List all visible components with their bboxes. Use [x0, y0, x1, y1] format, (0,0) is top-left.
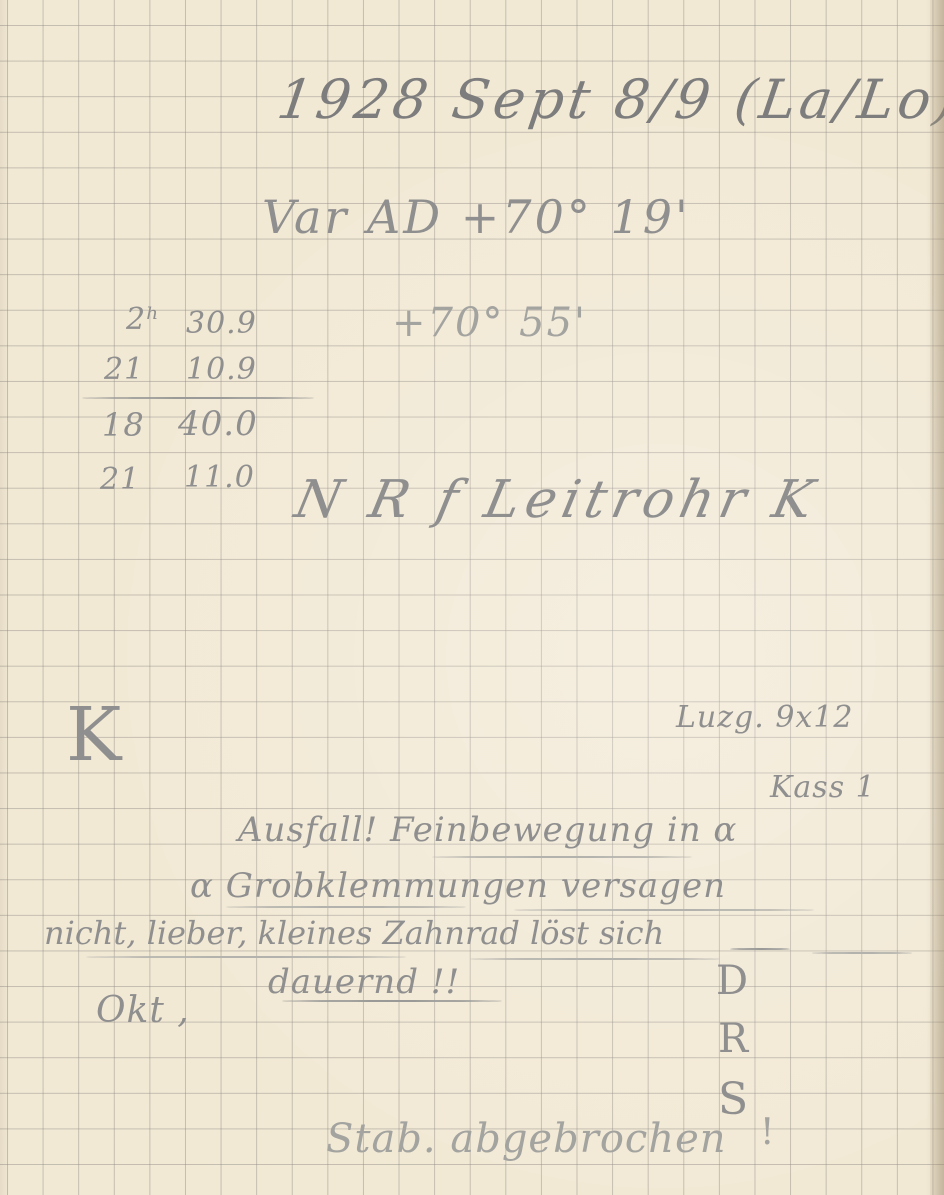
calc-row-4-right: 11.0	[184, 460, 255, 495]
calc-row-3-left: 18	[102, 406, 145, 444]
calc-row-2-right: 10.9	[186, 352, 257, 387]
underline-nicht-lieber	[86, 956, 406, 958]
sum-rule	[82, 397, 314, 399]
plate-label: Luzg. 9x12	[676, 700, 854, 735]
calc-row-3-right: 40.0	[178, 404, 258, 444]
k-marker: K	[66, 692, 122, 778]
side-letter-r: R	[718, 1016, 749, 1062]
calc-row-1-left: 2ʰ	[126, 302, 160, 337]
note-line-2: α Grobklemmungen versagen	[190, 866, 726, 906]
underline-dauernd	[282, 1000, 502, 1002]
note-line-1: Ausfall! Feinbewegung in α	[238, 810, 737, 850]
date-heading: 1928 Sept 8/9 (La/Lo)	[274, 68, 944, 131]
okt-label: Okt ,	[96, 990, 190, 1031]
final-exclamation: !	[760, 1112, 775, 1153]
final-line: Stab. abgebrochen	[326, 1116, 727, 1162]
underline-sich	[812, 952, 912, 954]
note-line-3: nicht, lieber, kleines Zahnrad löst sich	[44, 914, 664, 952]
calc-row-1-right: 30.9	[186, 306, 257, 341]
note-line-4: dauernd !!	[268, 962, 460, 1002]
underline-grobklemmungen	[226, 906, 466, 908]
cassette-label: Kass 1	[770, 770, 876, 805]
secondary-coordinate: +70° 55'	[392, 300, 587, 346]
instrument-line: N R f Leitrohr K	[290, 470, 825, 530]
var-ad-line: Var AD +70° 19'	[262, 190, 691, 244]
underline-loest	[730, 948, 790, 950]
notebook-page: 1928 Sept 8/9 (La/Lo) Var AD +70° 19' +7…	[0, 0, 944, 1195]
notebook-binding-edge	[930, 0, 944, 1195]
side-letter-d: D	[716, 958, 749, 1004]
calc-row-2-left: 21	[104, 352, 144, 387]
underline-zahnrad	[470, 958, 720, 960]
underline-feinbewegung	[432, 856, 692, 858]
underline-versagen	[514, 909, 814, 911]
calc-row-4-left: 21	[100, 462, 140, 497]
